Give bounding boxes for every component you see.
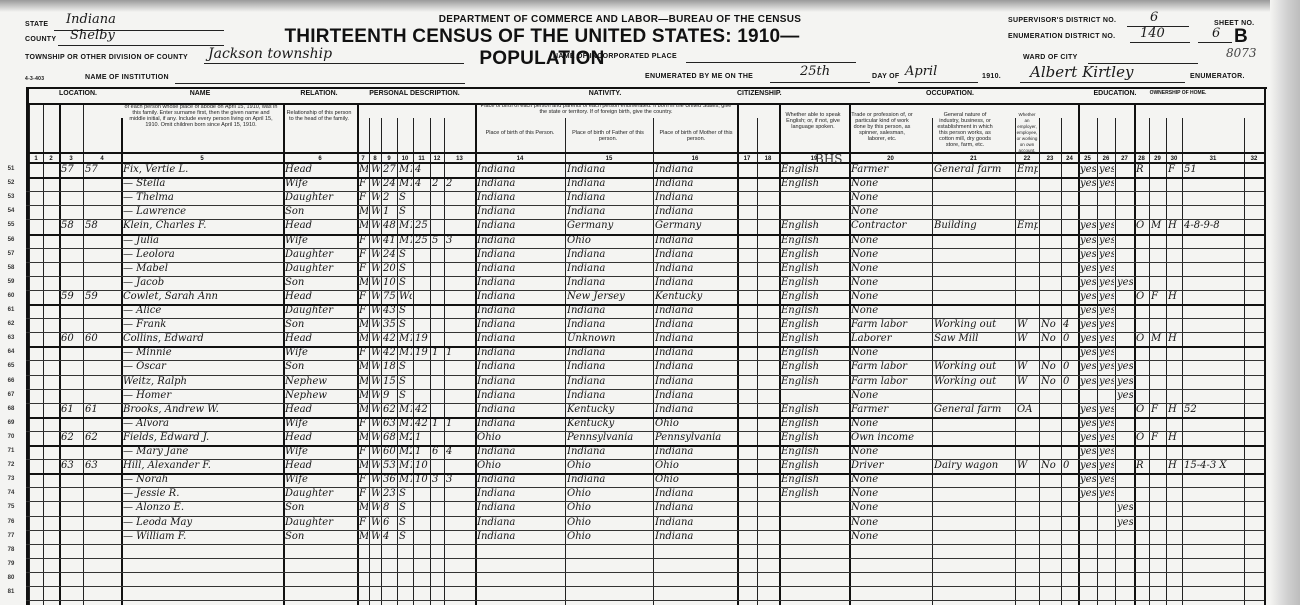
cell-age: 4	[383, 531, 396, 543]
cell-industry: Dairy wagon	[934, 460, 1014, 472]
cell-trade: None	[851, 235, 931, 247]
enumerated-day: 25th	[800, 64, 830, 79]
cell-write: yes	[1099, 361, 1114, 373]
cell-name: Klein, Charles F.	[123, 220, 282, 232]
cell-race: W	[371, 206, 380, 218]
cell-schedule: 52	[1184, 404, 1243, 416]
cell-weeks: 4	[1063, 319, 1077, 331]
cell-language: English	[781, 404, 848, 416]
sheet-underline	[1198, 42, 1232, 43]
cell-birth-father: Indiana	[567, 474, 652, 486]
cell-birth-mother: Pennsylvania	[655, 432, 736, 444]
cell-language: English	[781, 291, 848, 303]
cell-marital: S	[399, 263, 412, 275]
cell-birth-father: Indiana	[567, 376, 652, 388]
column-number: 29	[1149, 156, 1166, 162]
language-help: Whether able to speak English; or, if no…	[781, 112, 845, 130]
cell-sex: F	[359, 446, 368, 458]
cell-birth-father: Indiana	[567, 249, 652, 261]
column-number: 13	[444, 156, 475, 162]
county-underline	[58, 45, 224, 46]
cell-age: 36	[383, 474, 396, 486]
cell-birth-person: Indiana	[477, 249, 564, 261]
cell-birth-father: Indiana	[567, 347, 652, 359]
cell-sex: M	[359, 333, 368, 345]
enumerator-label: Enumerator.	[1190, 73, 1245, 80]
line-number: 64	[4, 349, 18, 355]
line-number: 73	[4, 476, 18, 482]
county-label: County	[25, 36, 56, 43]
cell-years-married: 19	[415, 347, 429, 359]
cell-name: — Oscar	[123, 361, 282, 373]
cell-birth-mother: Indiana	[655, 333, 736, 345]
cell-name: Fix, Vertie L.	[123, 164, 282, 176]
name-help: of each person whose place of abode on A…	[124, 104, 278, 128]
cell-sex: M	[359, 531, 368, 543]
cell-sex: F	[359, 418, 368, 430]
cell-read: yes	[1080, 404, 1096, 416]
cell-trade: None	[851, 206, 931, 218]
cell-birth-mother: Ohio	[655, 418, 736, 430]
cell-relation: Daughter	[285, 249, 356, 261]
line-number: 63	[4, 335, 18, 341]
cell-race: W	[371, 333, 380, 345]
cell-industry: Working out	[934, 376, 1014, 388]
cell-age: 41	[383, 235, 396, 247]
cell-birth-father: Indiana	[567, 206, 652, 218]
cell-relation: Son	[285, 319, 356, 331]
cell-years-married: 25	[415, 220, 429, 232]
cell-family: 61	[85, 404, 120, 416]
cell-name: Brooks, Andrew W.	[123, 404, 282, 416]
cell-birth-person: Indiana	[477, 178, 564, 190]
cell-birth-mother: Indiana	[655, 249, 736, 261]
column-number: 32	[1244, 156, 1264, 162]
cell-race: W	[371, 531, 380, 543]
cell-dwelling: 62	[61, 432, 82, 444]
cell-marital: S	[399, 376, 412, 388]
cell-race: W	[371, 235, 380, 247]
cell-race: W	[371, 361, 380, 373]
cell-birth-person: Indiana	[477, 192, 564, 204]
line-number: 75	[4, 504, 18, 510]
cell-name: — Leoda May	[123, 517, 282, 529]
cell-read: yes	[1080, 460, 1096, 472]
cell-family: 58	[85, 220, 120, 232]
cell-marital: S	[399, 502, 412, 514]
cell-trade: Farm labor	[851, 376, 931, 388]
cell-free: F	[1151, 291, 1165, 303]
cell-children-living: 4	[446, 446, 474, 458]
cell-age: 6	[383, 517, 396, 529]
column-number: 14	[475, 156, 565, 162]
column-number: 24	[1061, 156, 1078, 162]
cell-age: 62	[383, 404, 396, 416]
cell-age: 35	[383, 319, 396, 331]
cell-name: — Alonzo E.	[123, 502, 282, 514]
cell-marital: S	[399, 192, 412, 204]
cell-industry: Saw Mill	[934, 333, 1014, 345]
line-number: 56	[4, 237, 18, 243]
cell-sex: F	[359, 305, 368, 317]
cell-read: yes	[1080, 333, 1096, 345]
line-number: 65	[4, 363, 18, 369]
cell-schedule: 51	[1184, 164, 1243, 176]
birth-person-help: Place of birth of this Person.	[478, 130, 562, 136]
cell-years-married: 10	[415, 460, 429, 472]
cell-sex: M	[359, 376, 368, 388]
cell-race: W	[371, 220, 380, 232]
cell-write: yes	[1099, 249, 1114, 261]
cell-birth-mother: Indiana	[655, 502, 736, 514]
column-number: 31	[1182, 156, 1244, 162]
cell-write: yes	[1099, 164, 1114, 176]
cell-language: English	[781, 376, 848, 388]
cell-birth-father: Indiana	[567, 305, 652, 317]
cell-race: W	[371, 178, 380, 190]
cell-birth-person: Indiana	[477, 474, 564, 486]
institution-underline	[175, 83, 465, 84]
cell-read: yes	[1080, 418, 1096, 430]
employer-help: Whether an employer, employee, or workin…	[1016, 112, 1038, 154]
cell-birth-father: Indiana	[567, 164, 652, 176]
cell-write: yes	[1099, 446, 1114, 458]
cell-marital: S	[399, 206, 412, 218]
cell-write: yes	[1099, 404, 1114, 416]
cell-employer: W	[1017, 376, 1038, 388]
cell-marital: S	[399, 531, 412, 543]
cell-owned: O	[1136, 404, 1148, 416]
cell-sex: M	[359, 432, 368, 444]
cell-children-born: 5	[432, 235, 443, 247]
cell-birth-person: Indiana	[477, 376, 564, 388]
column-divider	[1264, 87, 1266, 605]
group-relation: Relation.	[283, 90, 355, 97]
township-label: Township or other division of county	[25, 54, 188, 61]
supervisor-value: 6	[1150, 10, 1158, 25]
line-number: 66	[4, 378, 18, 384]
cell-birth-mother: Indiana	[655, 361, 736, 373]
line-number: 54	[4, 208, 18, 214]
column-number: 26	[1097, 156, 1115, 162]
scan-shadow-top	[0, 0, 1300, 12]
cell-industry: Working out	[934, 319, 1014, 331]
cell-employer: W	[1017, 333, 1038, 345]
cell-trade: None	[851, 418, 931, 430]
cell-years-married: 4	[415, 178, 429, 190]
cell-birth-mother: Indiana	[655, 192, 736, 204]
cell-race: W	[371, 474, 380, 486]
cell-years-married: 25	[415, 235, 429, 247]
cell-free: M	[1151, 220, 1165, 232]
line-number: 67	[4, 392, 18, 398]
cell-write: yes	[1099, 488, 1114, 500]
line-number: 79	[4, 561, 18, 567]
cell-birth-mother: Indiana	[655, 319, 736, 331]
cell-relation: Wife	[285, 446, 356, 458]
cell-employer: Emp	[1017, 220, 1038, 232]
cell-race: W	[371, 319, 380, 331]
column-number: 23	[1039, 156, 1061, 162]
cell-birth-father: Indiana	[567, 361, 652, 373]
cell-name: — Julia	[123, 235, 282, 247]
cell-school: yes	[1117, 361, 1133, 373]
cell-race: W	[371, 446, 380, 458]
cell-relation: Wife	[285, 235, 356, 247]
cell-free: M	[1151, 333, 1165, 345]
cell-school: yes	[1117, 502, 1133, 514]
cell-birth-mother: Indiana	[655, 488, 736, 500]
column-number: 3	[59, 156, 83, 162]
cell-birth-father: Indiana	[567, 390, 652, 402]
cell-years-married: 19	[415, 333, 429, 345]
cell-birth-person: Indiana	[477, 488, 564, 500]
cell-industry: Building	[934, 220, 1014, 232]
cell-write: yes	[1099, 432, 1114, 444]
line-number: 53	[4, 194, 18, 200]
column-number: 18	[757, 156, 779, 162]
cell-trade: Farmer	[851, 404, 931, 416]
cell-trade: Farm labor	[851, 361, 931, 373]
cell-language: English	[781, 164, 848, 176]
cell-farm: H	[1168, 333, 1181, 345]
cell-relation: Son	[285, 206, 356, 218]
row-rule	[26, 586, 1264, 587]
cell-trade: Farmer	[851, 164, 931, 176]
column-number: 4	[83, 156, 121, 162]
cell-relation: Head	[285, 220, 356, 232]
cell-write: yes	[1099, 235, 1114, 247]
cell-sex: M	[359, 502, 368, 514]
cell-birth-person: Indiana	[477, 277, 564, 289]
cell-relation: Head	[285, 432, 356, 444]
group-ownership: Ownership of Home.	[1147, 90, 1209, 96]
industry-help: General nature of industry, business, or…	[934, 112, 996, 148]
cell-marital: S	[399, 517, 412, 529]
cell-race: W	[371, 277, 380, 289]
cell-dwelling: 59	[61, 291, 82, 303]
cell-marital: S	[399, 277, 412, 289]
line-number: 59	[4, 279, 18, 285]
cell-sex: F	[359, 263, 368, 275]
cell-industry: General farm	[934, 404, 1014, 416]
cell-age: 63	[383, 418, 396, 430]
cell-birth-father: Kentucky	[567, 404, 652, 416]
cell-birth-person: Indiana	[477, 347, 564, 359]
cell-trade: Farm labor	[851, 319, 931, 331]
cell-birth-father: Kentucky	[567, 418, 652, 430]
cell-dwelling: 61	[61, 404, 82, 416]
line-number: 81	[4, 589, 18, 595]
cell-birth-father: Ohio	[567, 502, 652, 514]
cell-name: Cowlet, Sarah Ann	[123, 291, 282, 303]
census-title: THIRTEENTH CENSUS OF THE UNITED STATES: …	[222, 26, 862, 70]
state-value: Indiana	[66, 12, 116, 27]
cell-trade: None	[851, 263, 931, 275]
cell-sex: F	[359, 249, 368, 261]
column-number: 19	[779, 156, 849, 162]
cell-read: yes	[1080, 164, 1096, 176]
cell-trade: None	[851, 474, 931, 486]
cell-farm: H	[1168, 432, 1181, 444]
cell-birth-father: Indiana	[567, 192, 652, 204]
ward-label: Ward of city	[1023, 54, 1078, 61]
cell-read: yes	[1080, 291, 1096, 303]
cell-relation: Head	[285, 404, 356, 416]
cell-name: — Norah	[123, 474, 282, 486]
cell-dwelling: 63	[61, 460, 82, 472]
line-number: 51	[4, 166, 18, 172]
cell-birth-person: Indiana	[477, 235, 564, 247]
cell-marital: S	[399, 390, 412, 402]
cell-trade: None	[851, 347, 931, 359]
cell-birth-mother: Indiana	[655, 164, 736, 176]
cell-birth-father: Indiana	[567, 277, 652, 289]
cell-birth-mother: Indiana	[655, 206, 736, 218]
cell-trade: Driver	[851, 460, 931, 472]
cell-birth-father: Ohio	[567, 488, 652, 500]
group-education: Education.	[1085, 90, 1145, 97]
cell-write: yes	[1099, 305, 1114, 317]
line-number: 74	[4, 490, 18, 496]
cell-owned: R	[1136, 460, 1148, 472]
sheet-side: B	[1234, 26, 1248, 48]
cell-employer: W	[1017, 460, 1038, 472]
cell-trade: None	[851, 531, 931, 543]
cell-age: 18	[383, 361, 396, 373]
cell-relation: Nephew	[285, 376, 356, 388]
cell-age: 43	[383, 305, 396, 317]
cell-schedule: 4-8-9-8	[1184, 220, 1243, 232]
line-number: 58	[4, 265, 18, 271]
cell-birth-mother: Kentucky	[655, 291, 736, 303]
cell-school: yes	[1117, 376, 1133, 388]
cell-birth-father: Unknown	[567, 333, 652, 345]
cell-out-of-work: No	[1041, 460, 1060, 472]
cell-relation: Head	[285, 164, 356, 176]
cell-marital: M1	[399, 460, 412, 472]
column-number: 25	[1078, 156, 1097, 162]
cell-read: yes	[1080, 319, 1096, 331]
cell-birth-father: Indiana	[567, 446, 652, 458]
group-personal: Personal Description.	[357, 90, 472, 97]
cell-read: yes	[1080, 446, 1096, 458]
cell-school: yes	[1117, 277, 1133, 289]
cell-age: 2	[383, 192, 396, 204]
cell-weeks: 0	[1063, 460, 1077, 472]
cell-children-living: 3	[446, 474, 474, 486]
column-number: 21	[932, 156, 1015, 162]
cell-marital: M2	[399, 432, 412, 444]
cell-birth-father: Germany	[567, 220, 652, 232]
cell-write: yes	[1099, 460, 1114, 472]
cell-children-living: 3	[446, 235, 474, 247]
column-number: 5	[121, 156, 283, 162]
cell-years-married: 42	[415, 404, 429, 416]
cell-farm: F	[1168, 164, 1181, 176]
cell-name: — Homer	[123, 390, 282, 402]
cell-race: W	[371, 488, 380, 500]
month-underline	[898, 82, 978, 83]
cell-name: Weitz, Ralph	[123, 376, 282, 388]
cell-relation: Daughter	[285, 517, 356, 529]
row-rule	[26, 544, 1264, 545]
cell-years-married: 10	[415, 474, 429, 486]
cell-race: W	[371, 432, 380, 444]
column-number: 22	[1015, 156, 1039, 162]
cell-sex: F	[359, 192, 368, 204]
cell-language: English	[781, 235, 848, 247]
enumeration-value: 140	[1140, 26, 1165, 41]
cell-birth-person: Indiana	[477, 305, 564, 317]
group-occupation: Occupation.	[850, 90, 1050, 97]
column-number: 27	[1115, 156, 1134, 162]
column-number: 15	[565, 156, 653, 162]
enumerator-underline	[1020, 82, 1185, 83]
cell-name: Collins, Edward	[123, 333, 282, 345]
cell-read: yes	[1080, 263, 1096, 275]
cell-out-of-work: No	[1041, 333, 1060, 345]
cell-relation: Wife	[285, 418, 356, 430]
cell-language: English	[781, 178, 848, 190]
cell-trade: None	[851, 517, 931, 529]
cell-relation: Daughter	[285, 488, 356, 500]
cell-marital: S	[399, 305, 412, 317]
cell-read: yes	[1080, 178, 1096, 190]
cell-birth-father: Indiana	[567, 319, 652, 331]
column-number: 12	[430, 156, 444, 162]
enumerator-name: Albert Kirtley	[1030, 63, 1133, 81]
line-number: 76	[4, 519, 18, 525]
cell-dwelling: 60	[61, 333, 82, 345]
supervisor-label: Supervisor's District No.	[1008, 17, 1116, 24]
cell-sex: F	[359, 488, 368, 500]
birth-father-help: Place of birth of Father of this person.	[566, 130, 650, 142]
cell-write: yes	[1099, 474, 1114, 486]
line-number: 57	[4, 251, 18, 257]
cell-relation: Daughter	[285, 263, 356, 275]
group-nativity: Nativity.	[474, 90, 736, 97]
sheet-value: 6	[1212, 26, 1220, 41]
cell-sex: F	[359, 178, 368, 190]
cell-family: 63	[85, 460, 120, 472]
cell-read: yes	[1080, 432, 1096, 444]
cell-free: F	[1151, 432, 1165, 444]
cell-trade: None	[851, 446, 931, 458]
cell-birth-father: Ohio	[567, 517, 652, 529]
group-location: Location.	[30, 90, 126, 97]
cell-write: yes	[1099, 178, 1114, 190]
cell-birth-mother: Indiana	[655, 376, 736, 388]
cell-birth-person: Indiana	[477, 206, 564, 218]
cell-read: yes	[1080, 277, 1096, 289]
enumeration-underline	[1130, 42, 1190, 43]
cell-age: 15	[383, 376, 396, 388]
cell-race: W	[371, 291, 380, 303]
cell-birth-person: Indiana	[477, 502, 564, 514]
cell-sex: F	[359, 517, 368, 529]
cell-write: yes	[1099, 277, 1114, 289]
cell-age: 48	[383, 220, 396, 232]
cell-write: yes	[1099, 418, 1114, 430]
column-number: 2	[43, 156, 59, 162]
day-of-label: day of	[872, 73, 899, 80]
cell-marital: Wd	[399, 291, 412, 303]
cell-language: English	[781, 347, 848, 359]
cell-birth-person: Ohio	[477, 460, 564, 472]
form-code: 4-3-403	[25, 76, 44, 82]
cell-relation: Head	[285, 460, 356, 472]
